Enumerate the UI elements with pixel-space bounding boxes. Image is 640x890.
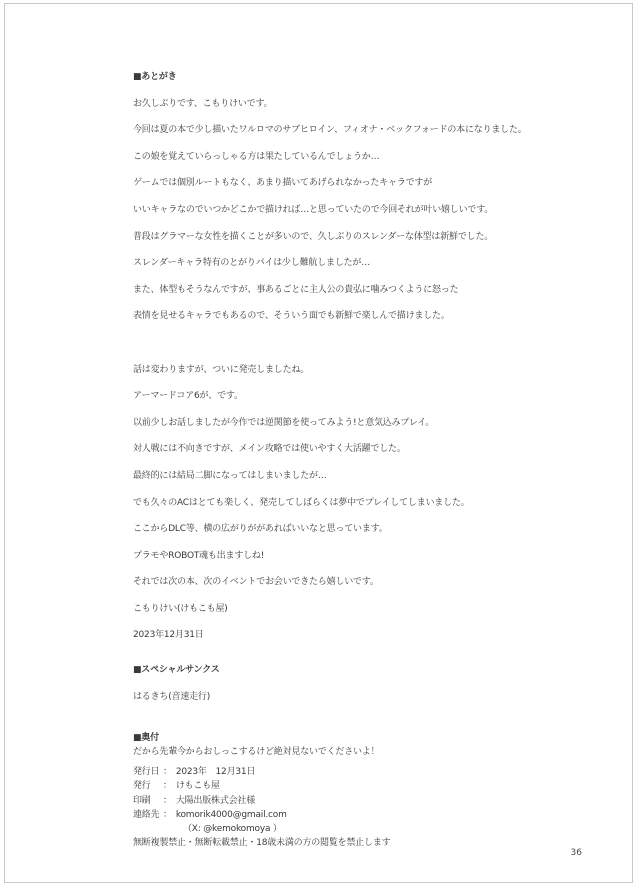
afterword-line: いいキャラなのでいつかどこかで描ければ…と思っていたので今回それが叶い嬉しいです… (133, 197, 610, 224)
colophon-separator: ： (163, 808, 172, 822)
colophon-label: 発行 (133, 779, 163, 793)
colophon-section: ■奥付 だから先輩今からおしっこするけど絶対見ないでくださいよ！ 発行日：202… (133, 732, 610, 850)
date-line: 2023年12月31日 (133, 622, 610, 649)
colophon-row: 連絡先：komorik4000@gmail.com (133, 808, 610, 822)
colophon-separator: ： (163, 765, 172, 779)
afterword-line: 今回は夏の本で少し描いたワルロマのサブヒロイン、フィオナ・ベックフォードの本にな… (133, 117, 610, 144)
colophon-label: 発行日 (133, 765, 163, 779)
afterword-line: 表情を見せるキャラでもあるので、そういう面でも新鮮で楽しんで描けました。 (133, 303, 610, 330)
colophon-row: 発行：けもこも屋 (133, 779, 610, 793)
contact-handle: （X: @kemokomoya ） (183, 822, 610, 836)
colophon-row: 発行日：2023年 12月31日 (133, 765, 610, 779)
colophon-rows: 発行日：2023年 12月31日 発行：けもこも屋 印刷：大陽出版株式会社様 連… (133, 765, 610, 850)
colophon-label: 連絡先 (133, 808, 163, 822)
special-thanks-heading: ■スペシャルサンクス (133, 657, 610, 684)
afterword-line: ここからDLC等、横の広がりががあればいいなと思っています。 (133, 516, 610, 543)
afterword-line: 対人戦には不向きですが、メイン攻略では使いやすく大活躍でした。 (133, 436, 610, 463)
afterword-page: ■あとがき お久しぶりです、こもりけいです。 今回は夏の本で少し描いたワルロマの… (133, 64, 610, 850)
afterword-line: 最終的には結局二脚になってはしまいましたが… (133, 463, 610, 490)
afterword-line: お久しぶりです、こもりけいです。 (133, 91, 610, 118)
afterword-line: でも久々のACはとても楽しく、発売してしばらくは夢中でプレイしてしまいました。 (133, 490, 610, 517)
colophon-value: 2023年 12月31日 (176, 767, 255, 777)
afterword-heading: ■あとがき (133, 64, 610, 91)
closing-line: それでは次の本、次のイベントでお会いできたら嬉しいです。 (133, 569, 610, 596)
colophon-value: けもこも屋 (176, 781, 220, 791)
afterword-line: ゲームでは個別ルートもなく、あまり描いてあげられなかったキャラですが (133, 170, 610, 197)
colophon-separator: ： (163, 779, 172, 793)
afterword-line: スレンダーキャラ特有のとがりパイは少し難航しましたが… (133, 250, 610, 277)
afterword-line: プラモやROBOT魂も出ますしね! (133, 543, 610, 570)
afterword-line: この娘を覚えていらっしゃる方は果たしているんでしょうか… (133, 144, 610, 171)
colophon-value: komorik4000@gmail.com (176, 810, 287, 820)
colophon-row: 印刷：大陽出版株式会社様 (133, 794, 610, 808)
page-number: 36 (571, 848, 582, 858)
colophon-heading: ■奥付 (133, 732, 610, 746)
colophon-tagline: だから先輩今からおしっこするけど絶対見ないでくださいよ！ (133, 746, 610, 760)
afterword-line: アーマードコア6が、です。 (133, 383, 610, 410)
afterword-line: 普段はグラマーな女性を描くことが多いので、久しぶりのスレンダーな体型は新鮮でした… (133, 224, 610, 251)
copyright-notice: 無断複製禁止・無断転載禁止・18歳未満の方の閲覧を禁止します (133, 836, 610, 850)
special-thanks-name: はるきち(音速走行) (133, 684, 610, 711)
colophon-separator: ： (163, 794, 172, 808)
afterword-line: 話は変わりますが、ついに発売しましたね。 (133, 357, 610, 384)
afterword-line: 以前少しお話しましたが今作では逆関節を使ってみよう!と意気込みプレイ。 (133, 410, 610, 437)
colophon-label: 印刷 (133, 794, 163, 808)
colophon-value: 大陽出版株式会社様 (176, 796, 255, 806)
author-credit: こもりけい(けもこも屋) (133, 596, 610, 623)
afterword-line: また、体型もそうなんですが、事あるごとに主人公の貴弘に噛みつくように怒った (133, 277, 610, 304)
